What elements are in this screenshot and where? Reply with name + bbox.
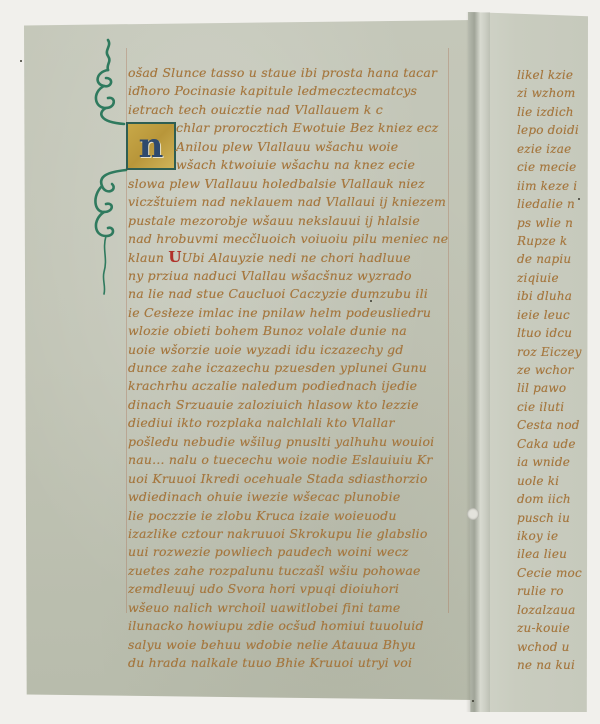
text-line: ziqiuie (517, 269, 587, 287)
text-line: uole ki (517, 472, 587, 490)
text-line: diediui ikto rozplaka nalchlali kto Vlal… (128, 414, 450, 432)
text-line: likel kzie (517, 66, 587, 84)
text-line: uoi Kruuoi Ikredi ocehuale Stada sdiasth… (128, 470, 450, 488)
text-line: lepo doidi (517, 121, 587, 139)
text-line: dom iich (517, 490, 587, 508)
text-line: Rupze k (517, 232, 587, 250)
text-line: iďhoro Pocinasie kapitule ledmecztecmatc… (128, 82, 450, 100)
text-line: wšach ktwoiuie wšachu na knez ecie (128, 156, 450, 174)
text-line: ošad Slunce tasso u staue ibi prosta han… (128, 64, 450, 82)
text-line: pustale mezorobje wšauu nekslauui ij hla… (128, 212, 450, 230)
text-line: chlar prorocztich Ewotuie Bez kniez ecz (128, 119, 450, 137)
text-line: rulie ro (517, 582, 587, 600)
text-line: izazlike cztour nakruuoi Skrokupu lie gl… (128, 525, 450, 543)
text-line: lie poczzie ie zlobu Kruca izaie woieuod… (128, 507, 450, 525)
text-line: wlozie obieti bohem Bunoz volale dunie n… (128, 322, 450, 340)
text-line: krachrhu aczalie naledum podiednach ijed… (128, 377, 450, 395)
text-line: Cecie moc (517, 564, 587, 582)
text-line: slowa plew Vlallauu holedbalsie Vlallauk… (128, 175, 450, 193)
text-line: zi wzhom (517, 84, 587, 102)
text-line: ltuo idcu (517, 324, 587, 342)
text-line: zu-kouie (517, 619, 587, 637)
text-line: salyu woie behuu wdobie nelie Atauua Bhy… (128, 636, 450, 654)
text-line: ietrach tech ouicztie nad Vlallauem k c (128, 101, 450, 119)
text-line: ibi dluha (517, 287, 587, 305)
text-line: uoie wšorzie uoie wyzadi idu iczazechy g… (128, 341, 450, 359)
text-line: ie Cesłeze imlac ine pnilaw helm podeusl… (128, 304, 450, 322)
main-text-column: ošad Slunce tasso u staue ibi prosta han… (128, 64, 450, 672)
text-line: ps wlie n (517, 214, 587, 232)
text-line: Cesta nod (517, 416, 587, 434)
worm-hole (467, 508, 479, 520)
text-line: lie izdich (517, 103, 587, 121)
right-text-column: likel kzie zi wzhom lie izdich lepo doid… (517, 66, 587, 674)
text-line: liedalie n (517, 195, 587, 213)
text-line: du hrada nalkale tuuo Bhie Kruuoi utryi … (128, 654, 450, 672)
text-line: wchod u (517, 638, 587, 656)
rubric-initial: U (168, 248, 181, 266)
text-line: lozalzaua (517, 601, 587, 619)
text-line: ny prziua naduci Vlallau wšacšnuz wyzrad… (128, 267, 450, 285)
speck (370, 300, 372, 302)
text-line: viczštuiem nad neklauem nad Vlallaui ij … (128, 193, 450, 211)
speck (472, 700, 474, 702)
text-line: dinach Srzuauie zaloziuich hlasow kto le… (128, 396, 450, 414)
text-line: zemdleuuj udo Svora hori vpuqi dioiuhori (128, 580, 450, 598)
text-line: Anilou plew Vlallauu wšachu woie (128, 138, 450, 156)
text-line: iim keze i (517, 177, 587, 195)
text-line: Caka ude (517, 435, 587, 453)
text-line: zuetes zahe rozpalunu tuczašl wšiu pohow… (128, 562, 450, 580)
text-line: uui rozwezie powliech paudech woini wecz (128, 543, 450, 561)
text-line: ilunacko howiupu zdie ocšud homiui tuuol… (128, 617, 450, 635)
text-line: cie mecie (517, 158, 587, 176)
text-line: ilea lieu (517, 545, 587, 563)
text-line: de napiu (517, 250, 587, 268)
text-line: ezie izae (517, 140, 587, 158)
speck (578, 198, 580, 200)
text-line: ne na kui (517, 656, 587, 674)
text-line: dunce zahe iczazechu pzuesden yplunei Gu… (128, 359, 450, 377)
text-line: ze wchor (517, 361, 587, 379)
text-line: na lie nad stue Caucluoi Caczyzie dumzub… (128, 285, 450, 303)
text-line: roz Eiczey (517, 343, 587, 361)
text-line: pusch iu (517, 509, 587, 527)
speck (20, 60, 22, 62)
text-line: wdiedinach ohuie iwezie wšecac plunobie (128, 488, 450, 506)
text-line: lil pawo (517, 379, 587, 397)
text-line: ia wnide (517, 453, 587, 471)
text-line: cie iluti (517, 398, 587, 416)
fold-crease (466, 12, 490, 712)
text-line: ieie leuc (517, 306, 587, 324)
text-line: ikoy ie (517, 527, 587, 545)
text-line: nad hrobuvmi mecčluoich voiuoiu pilu men… (128, 230, 450, 248)
text-line: pošledu nebudie wšilug pnuslti yalhuhu w… (128, 433, 450, 451)
text-line: klaun UUbi Alauyzie nedi ne chori hadluu… (128, 248, 450, 266)
text-line: nau... nalu o tuecechu woie nodie Eslaui… (128, 451, 450, 469)
text-line: wšeuo nalich wrchoil uawitlobei fini tam… (128, 599, 450, 617)
